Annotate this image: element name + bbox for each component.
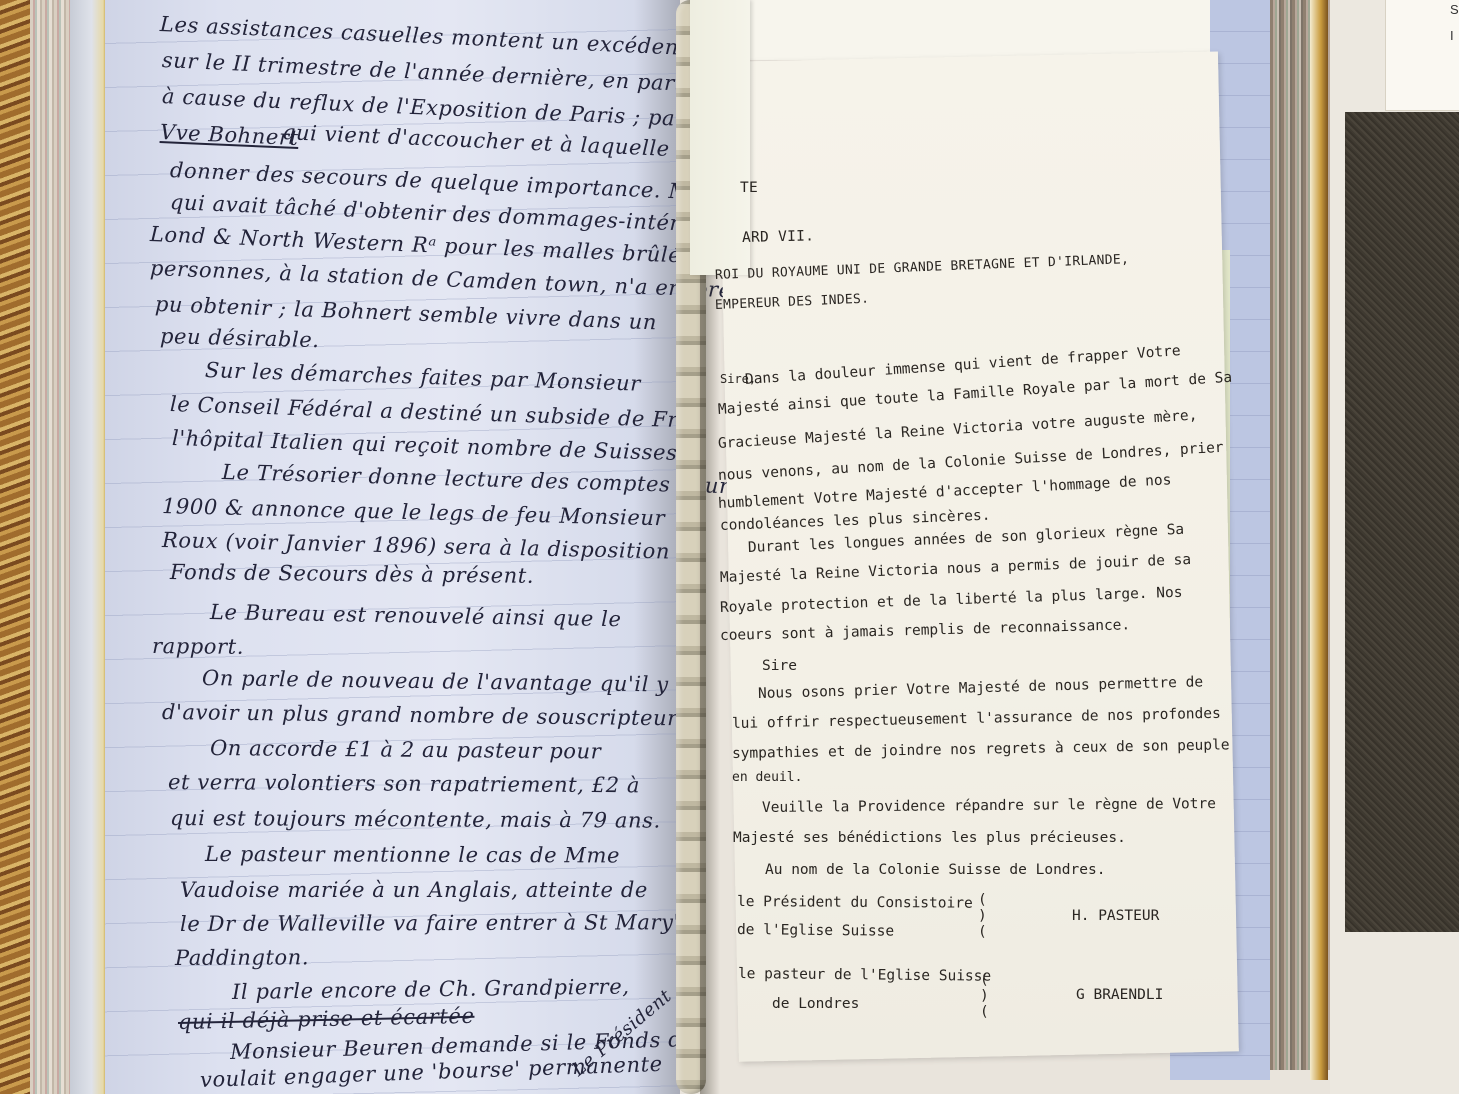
letter-text-line: Sire [762,658,797,674]
scrap-char: I [1450,28,1454,43]
marbled-cover-edge [0,0,30,1094]
signatory-role: de Londres [772,996,859,1012]
signatory-name: G BRAENDLI [1076,987,1163,1003]
letter-address-line: ARD VII. [742,228,815,246]
hw-line: rapport. [152,634,244,659]
felt-book-support [1345,112,1459,932]
hw-line: le Dr de Walleville va faire entrer à St… [180,910,691,936]
brace: ()( [978,892,987,940]
hw-line: Paddington. [175,945,309,970]
letter-address-line: TE [740,180,758,196]
hw-line: peu désirable. [160,324,320,352]
hw-line: qui est toujours mécontente, mais à 79 a… [170,806,661,833]
letter-text-line: en deuil. [732,770,802,785]
gilt-fore-edge [1310,0,1328,1080]
left-page-fore-edge [70,0,106,1094]
hw-line: On accorde £1 à 2 au pasteur pour [210,736,602,763]
hw-line: Le pasteur mentionne le cas de Mme [205,842,620,867]
signatory-name: H. PASTEUR [1072,908,1159,924]
hw-line: et verra volontiers son rapatriement, £2… [168,770,640,797]
letter-text-line: Majesté ses bénédictions les plus précie… [733,830,1126,846]
scrap-char: S [1450,2,1459,17]
signatory-role: le Président du Consistoire [737,894,973,912]
letter-top-sheet [730,0,1210,60]
hw-line: Fonds de Secours dès à présent. [170,560,534,588]
corner-paper-scrap: S I [1385,0,1459,111]
hw-line: Vaudoise mariée à un Anglais, atteinte d… [180,878,648,902]
brace: ()( [980,972,989,1020]
signatory-role: de l'Eglise Suisse [737,922,894,940]
letter-text-line: Au nom de la Colonie Suisse de Londres. [765,862,1105,878]
signatory-role: le pasteur de l'Eglise Suisse [738,966,991,985]
